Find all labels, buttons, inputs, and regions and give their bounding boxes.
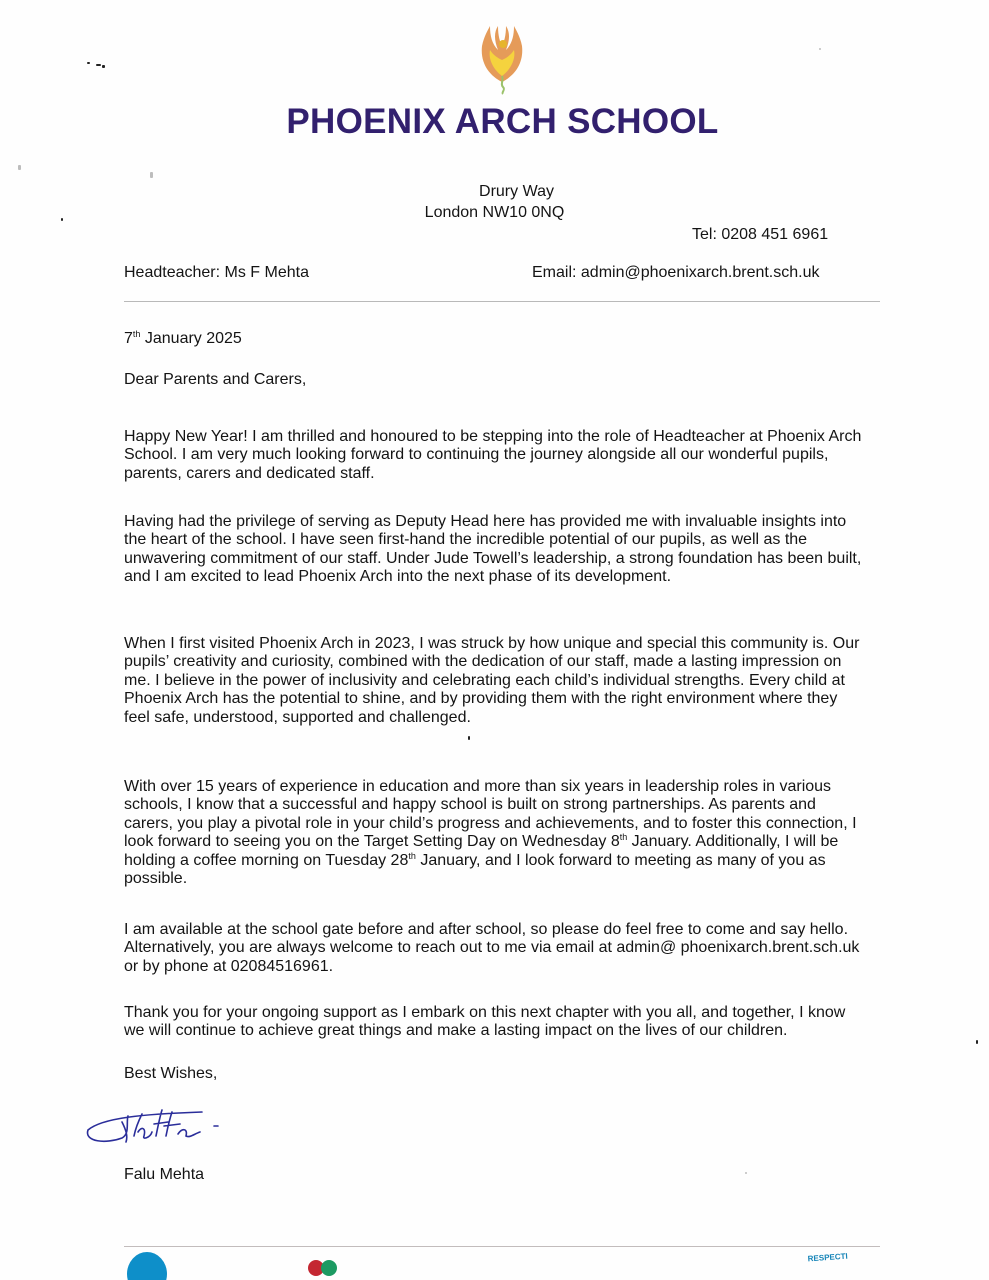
blue-dome-logo-icon [127, 1252, 167, 1280]
scan-speck [819, 48, 821, 50]
closing: Best Wishes, [124, 1065, 864, 1083]
scan-speck [745, 1172, 747, 1174]
green-circle-icon [321, 1260, 337, 1276]
scan-speck [976, 1040, 978, 1044]
telephone: Tel: 0208 451 6961 [692, 226, 828, 244]
handwritten-signature-icon [82, 1096, 252, 1156]
paragraph-1: Happy New Year! I am thrilled and honour… [124, 428, 864, 483]
ordinal-suffix: th [408, 851, 416, 861]
signer-name: Falu Mehta [124, 1166, 864, 1184]
red-green-logo-icon [308, 1260, 340, 1280]
date-rest: January 2025 [140, 330, 241, 347]
scan-speck [150, 172, 153, 178]
footer-divider [124, 1246, 880, 1247]
header-divider [124, 301, 880, 302]
scan-speck [96, 64, 101, 66]
date-day: 7 [124, 330, 133, 347]
school-name: PHOENIX ARCH SCHOOL [0, 102, 989, 142]
address-line-1: Drury Way [0, 183, 989, 201]
paragraph-2: Having had the privilege of serving as D… [124, 513, 864, 587]
email-line: Email: admin@phoenixarch.brent.sch.uk [532, 264, 820, 282]
scan-speck [18, 165, 21, 170]
paragraph-6: Thank you for your ongoing support as I … [124, 1004, 864, 1041]
paragraph-5: I am available at the school gate before… [124, 921, 864, 976]
salutation: Dear Parents and Carers, [124, 371, 864, 389]
scan-speck [61, 218, 63, 221]
scan-speck [102, 65, 105, 68]
headteacher-line: Headteacher: Ms F Mehta [124, 264, 309, 282]
letter-page: PHOENIX ARCH SCHOOL Drury Way London NW1… [0, 0, 989, 1280]
letter-date: 7th January 2025 [124, 330, 864, 348]
address-line-2: London NW10 0NQ [0, 204, 989, 222]
scan-speck [87, 62, 90, 64]
respecting-badge-logo-icon: RESPECTING [807, 1252, 848, 1273]
scan-speck [468, 736, 470, 740]
paragraph-4: With over 15 years of experience in educ… [124, 778, 864, 888]
paragraph-3: When I first visited Phoenix Arch in 202… [124, 635, 864, 727]
phoenix-crest-icon [472, 20, 532, 95]
